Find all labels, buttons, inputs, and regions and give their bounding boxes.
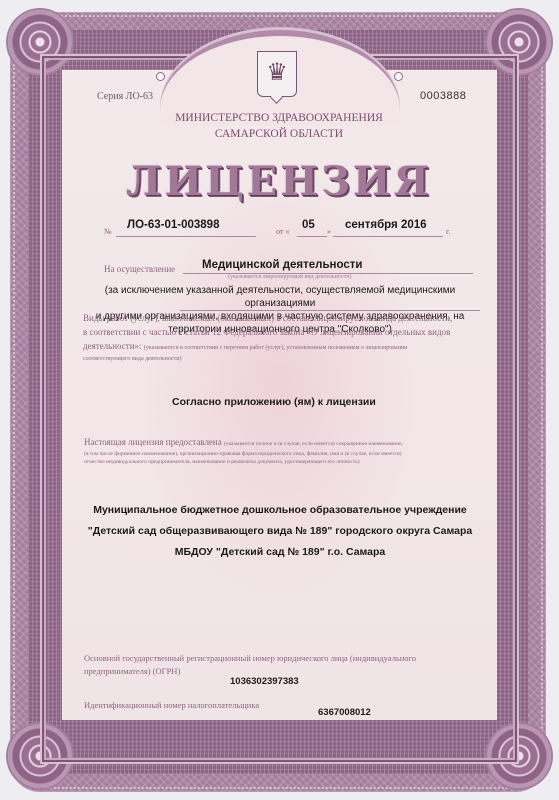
- licensee-name-line-2: "Детский сад общеразвивающего вида № 189…: [70, 521, 490, 542]
- licensee-name: Муниципальное бюджетное дошкольное образ…: [70, 500, 490, 563]
- number-label: №: [104, 227, 112, 236]
- activity-note: (указывается лицензируемый вид деятельно…: [228, 274, 351, 280]
- document-title: ЛИЦЕНЗИЯ: [100, 158, 458, 205]
- number-underline: [116, 236, 256, 237]
- double-headed-eagle-icon: ♛: [264, 57, 290, 89]
- exclusion-line-1: (за исключением указанной деятельности, …: [70, 284, 490, 310]
- inn-label: Идентификационный номер налогоплательщик…: [84, 700, 259, 710]
- license-day: 05: [302, 219, 315, 231]
- license-month-year: сентября 2016: [345, 219, 427, 231]
- works-line-3-note: (указываются в соответствии с перечнем р…: [144, 345, 408, 351]
- date-close-quote: »: [327, 227, 331, 236]
- arch-dot-icon: [394, 72, 403, 81]
- ogrn-value: 1036302397383: [230, 676, 299, 687]
- month-underline: [333, 236, 443, 237]
- issuer-line-1: МИНИСТЕРСТВО ЗДРАВООХРАНЕНИЯ: [100, 110, 458, 126]
- works-line-3-main: деятельности»:: [83, 341, 142, 351]
- series-label: Серия ЛО-63: [97, 91, 153, 102]
- ogrn-label: Основной государственный регистрационный…: [84, 652, 484, 678]
- issuer-name: МИНИСТЕРСТВО ЗДРАВООХРАНЕНИЯ САМАРСКОЙ О…: [100, 110, 458, 142]
- coat-of-arms-icon: ♛: [257, 51, 297, 97]
- inn-value: 6367008012: [318, 707, 371, 718]
- licensee-note-3: отчество индивидуального предпринимателя…: [84, 458, 484, 466]
- issuer-line-2: САМАРСКОЙ ОБЛАСТИ: [100, 126, 458, 142]
- licensee-note-1: (указывается полное и (в случае, если им…: [224, 441, 403, 447]
- works-line-1: Виды работ (услуг), выполняемых (оказыва…: [83, 311, 483, 325]
- licensee-label-block: Настоящая лицензия предоставлена (указыв…: [84, 436, 484, 466]
- date-suffix: г.: [446, 227, 450, 236]
- works-line-3: деятельности»: (указываются в соответств…: [83, 339, 483, 355]
- arch-dot-icon: [156, 72, 165, 81]
- license-document: ♛ Серия ЛО-63 0003888 МИНИСТЕРСТВО ЗДРАВ…: [0, 0, 559, 800]
- printer-imprint: · · · · · · · · · · · · · · ·: [463, 789, 499, 794]
- licensee-name-line-3: МБДОУ "Детский сад № 189" г.о. Самара: [70, 542, 490, 563]
- day-underline: [297, 236, 327, 237]
- serial-number: 0003888: [420, 90, 466, 102]
- date-from-label: от «: [276, 227, 289, 236]
- activity-label: На осуществление: [104, 264, 175, 274]
- licensee-note-2: (в том числе фирменное наименование), ор…: [84, 450, 484, 458]
- ogrn-label-line-1: Основной государственный регистрационный…: [84, 652, 484, 665]
- licensee-line-1: Настоящая лицензия предоставлена (указыв…: [84, 436, 484, 450]
- works-description: Виды работ (услуг), выполняемых (оказыва…: [83, 311, 483, 363]
- licensee-label: Настоящая лицензия предоставлена: [84, 437, 222, 447]
- works-value: Согласно приложению (ям) к лицензии: [172, 396, 376, 408]
- activity-value: Медицинской деятельности: [202, 259, 362, 271]
- works-line-4-note: соответствующего вида деятельности): [83, 355, 483, 363]
- license-number: ЛО-63-01-003898: [127, 219, 219, 231]
- works-line-2: в соответствии с частью 2 статьи 12 Феде…: [83, 325, 483, 339]
- licensee-name-line-1: Муниципальное бюджетное дошкольное образ…: [70, 500, 490, 521]
